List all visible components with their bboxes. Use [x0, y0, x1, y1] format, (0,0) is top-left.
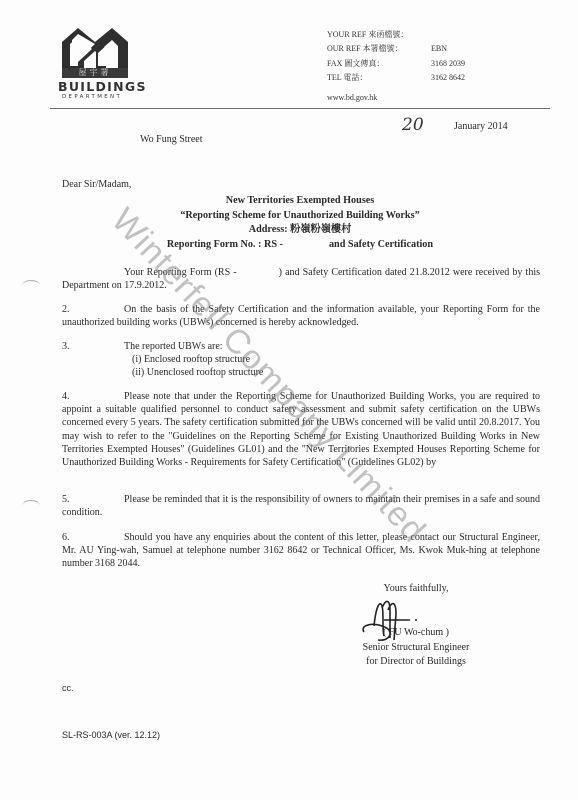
reference-block: YOUR REF 來函檔號： OUR REF 本署檔號：EBN FAX 圖文傳真… [327, 28, 465, 85]
letter-subject: New Territories Exempted Houses “Reporti… [140, 194, 460, 252]
logo-department-name: BUILDINGS [58, 79, 138, 94]
letter-date: January 2014 [454, 121, 508, 132]
handwritten-day: 20 [402, 115, 424, 135]
subject-line-1: New Territories Exempted Houses [140, 194, 460, 209]
ref-row-your-ref: YOUR REF 來函檔號： [327, 28, 465, 42]
paragraph-2: 2.On the basis of the Safety Certificati… [62, 303, 540, 329]
logo-department-sub: DEPARTMENT [62, 94, 136, 100]
logo-chinese-band: 屋宇署 [62, 68, 128, 78]
subject-form-number: Reporting Form No. : RS -and Safety Cert… [140, 238, 460, 253]
website-link[interactable]: www.bd.gov.hk [327, 93, 377, 102]
signatory-name: ( FU Wo-chum ) [300, 626, 532, 641]
signatory-block: ( FU Wo-chum ) Senior Structural Enginee… [300, 626, 532, 670]
ref-row-fax: FAX 圖文傳真：3168 2039 [327, 57, 465, 71]
paragraph-1: Your Reporting Form (RS -) and Safety Ce… [62, 266, 540, 292]
addressee: Wo Fung Street [140, 134, 203, 145]
paragraph-5: 5.Please be reminded that it is the resp… [62, 493, 540, 519]
paragraph-3: 3.The reported UBWs are: [62, 340, 540, 353]
valediction: Yours faithfully, [300, 582, 532, 597]
cc-label: cc. [62, 683, 74, 693]
subject-address: Address: 粉嶺粉嶺樓村 [140, 223, 460, 238]
house-logo-icon [56, 22, 134, 70]
subject-line-2: “Reporting Scheme for Unauthorized Build… [140, 209, 460, 224]
ref-row-tel: TEL 電話：3162 8642 [327, 71, 465, 85]
ref-row-our-ref: OUR REF 本署檔號：EBN [327, 42, 465, 56]
punch-hole-icon [22, 280, 40, 291]
form-code: SL-RS-003A (ver. 12.12) [62, 730, 160, 740]
buildings-department-logo: 屋宇署 BUILDINGS DEPARTMENT [56, 22, 134, 70]
salutation: Dear Sir/Madam, [62, 179, 131, 190]
signatory-for-line: for Director of Buildings [300, 655, 532, 670]
header-divider [50, 108, 550, 109]
signatory-title: Senior Structural Engineer [300, 641, 532, 656]
punch-hole-icon [22, 500, 40, 511]
